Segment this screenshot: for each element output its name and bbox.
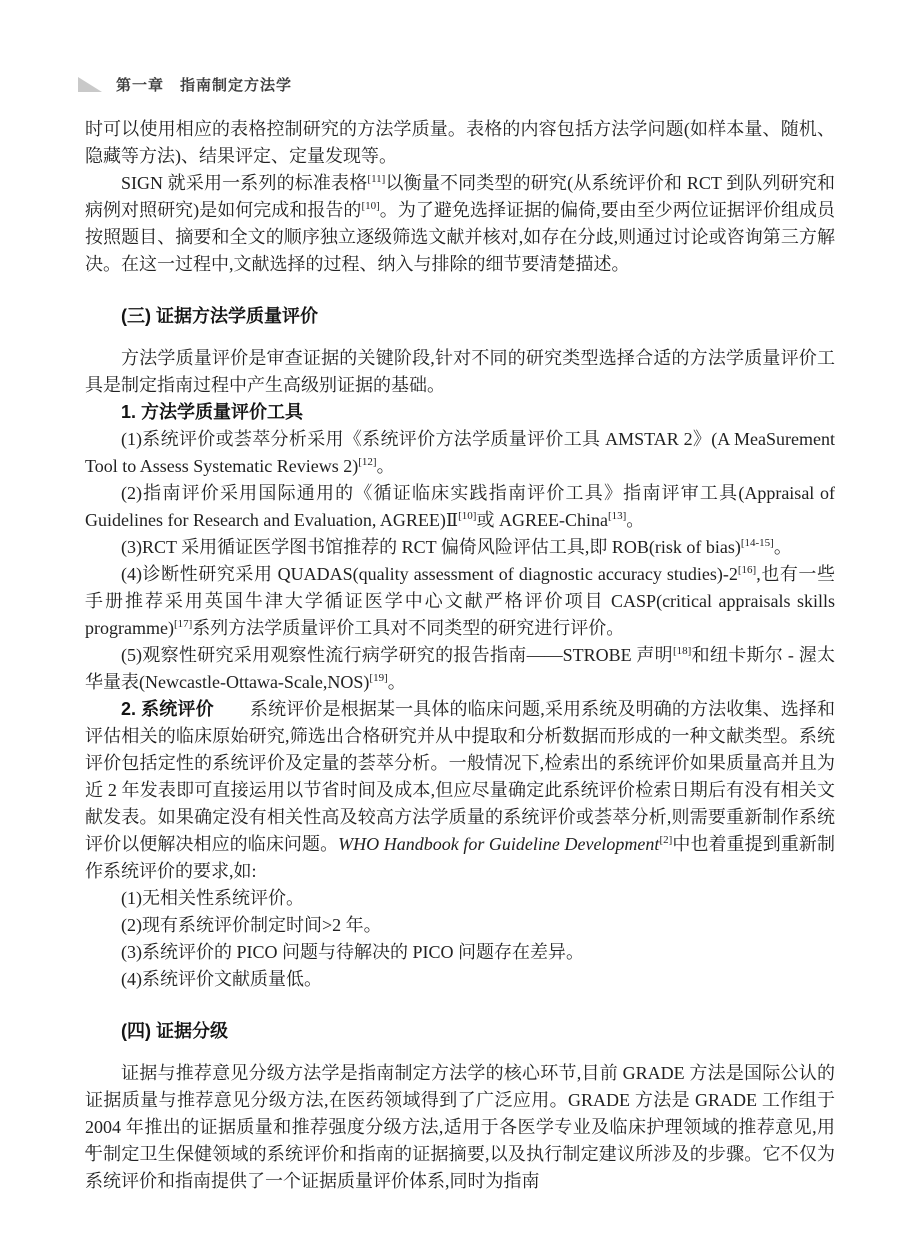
list-item-3: (3)系统评价的 PICO 问题与待解决的 PICO 问题存在差异。 xyxy=(85,939,835,966)
running-head: 第一章 指南制定方法学 xyxy=(78,74,292,95)
list-item-4: (4)系统评价文献质量低。 xyxy=(85,966,835,993)
item-3-rob: (3)RCT 采用循证医学图书馆推荐的 RCT 偏倚风险评估工具,即 ROB(r… xyxy=(85,534,835,561)
paragraph-continuation: 时可以使用相应的表格控制研究的方法学质量。表格的内容包括方法学问题(如样本量、随… xyxy=(85,116,835,170)
page-content: 时可以使用相应的表格控制研究的方法学质量。表格的内容包括方法学问题(如样本量、随… xyxy=(85,116,835,1195)
item-2-agree: (2)指南评价采用国际通用的《循证临床实践指南评价工具》指南评审工具(Appra… xyxy=(85,480,835,534)
section-heading-4: (四) 证据分级 xyxy=(85,1018,835,1045)
paragraph-systematic-review: 2. 系统评价 系统评价是根据某一具体的临床问题,采用系统及明确的方法收集、选择… xyxy=(85,696,835,885)
item-5-strobe: (5)观察性研究采用观察性流行病学研究的报告指南——STROBE 声明[18]和… xyxy=(85,642,835,696)
chapter-title: 指南制定方法学 xyxy=(180,74,292,95)
chapter-number: 第一章 xyxy=(116,74,164,95)
book-page: 第一章 指南制定方法学 时可以使用相应的表格控制研究的方法学质量。表格的内容包括… xyxy=(0,0,900,1234)
paragraph-quality-intro: 方法学质量评价是审查证据的关键阶段,针对不同的研究类型选择合适的方法学质量评价工… xyxy=(85,345,835,399)
paragraph-sign: SIGN 就采用一系列的标准表格[11]以衡量不同类型的研究(从系统评价和 RC… xyxy=(85,170,835,278)
item-1-amstar: (1)系统评价或荟萃分析采用《系统评价方法学质量评价工具 AMSTAR 2》(A… xyxy=(85,426,835,480)
section-heading-3: (三) 证据方法学质量评价 xyxy=(85,303,835,330)
list-item-2: (2)现有系统评价制定时间>2 年。 xyxy=(85,912,835,939)
list-item-1: (1)无相关性系统评价。 xyxy=(85,885,835,912)
paragraph-grade: 证据与推荐意见分级方法学是指南制定方法学的核心环节,目前 GRADE 方法是国际… xyxy=(85,1060,835,1195)
subheading-tools: 1. 方法学质量评价工具 xyxy=(85,399,835,426)
page-number: 4 xyxy=(85,1140,94,1160)
triangle-marker-icon xyxy=(78,77,102,92)
item-4-quadas: (4)诊断性研究采用 QUADAS(quality assessment of … xyxy=(85,561,835,642)
